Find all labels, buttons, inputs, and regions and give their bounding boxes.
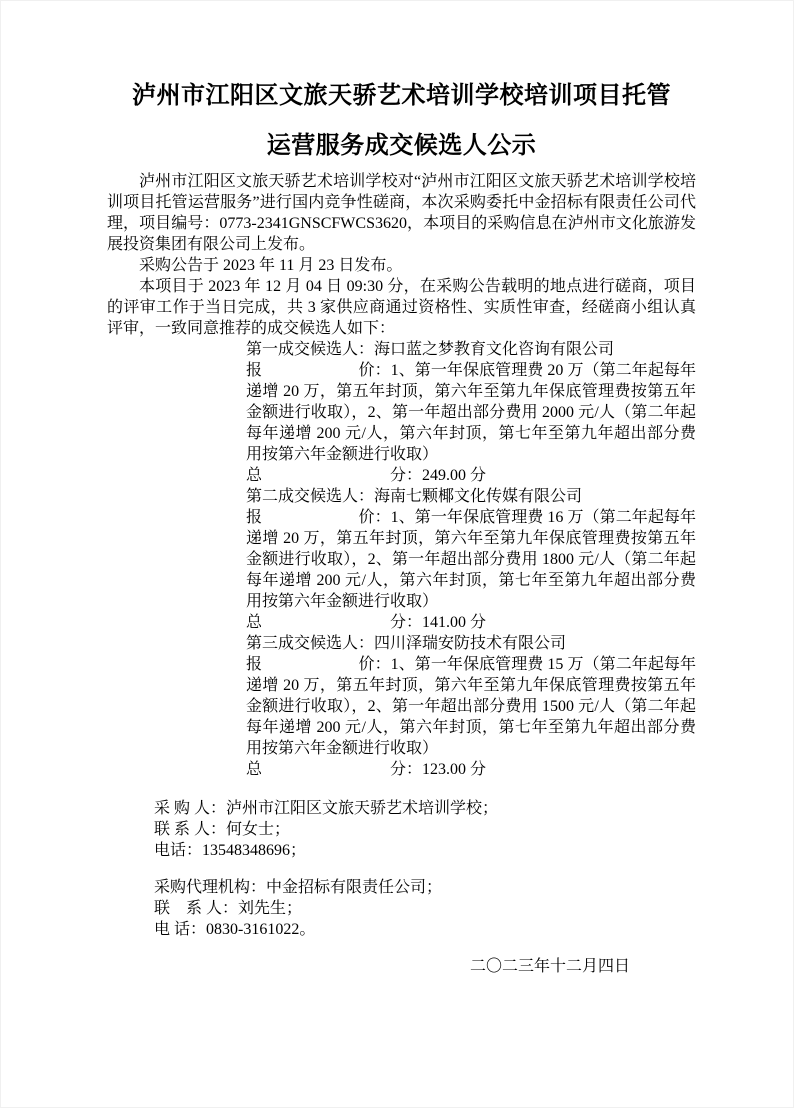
intro-paragraph-2: 采购公告于 2023 年 11 月 23 日发布。	[107, 255, 696, 276]
purchaser-name-line: 采 购 人：泸州市江阳区文旅天骄艺术培训学校；	[154, 798, 696, 819]
document-title: 泸州市江阳区文旅天骄艺术培训学校培训项目托管 运营服务成交候选人公示	[107, 71, 696, 171]
purchaser-block: 采 购 人：泸州市江阳区文旅天骄艺术培训学校； 联 系 人：何女士； 电话：13…	[107, 798, 696, 861]
candidate-3-bid-line: 报 价：1、第一年保底管理费 15 万（第二年起每年递增 20 万，第五年封顶，…	[246, 654, 696, 759]
candidate-2-score-line: 总 分：141.00 分	[246, 612, 696, 633]
candidate-3-score-line: 总 分：123.00 分	[246, 759, 696, 780]
title-line-2: 运营服务成交候选人公示	[107, 121, 696, 171]
intro-paragraph-1: 泸州市江阳区文旅天骄艺术培训学校对“泸州市江阳区文旅天骄艺术培训学校培训项目托管…	[107, 171, 696, 255]
candidates-section: 第一成交候选人：海口蓝之梦教育文化咨询有限公司 报 价：1、第一年保底管理费 2…	[107, 339, 696, 780]
title-line-1: 泸州市江阳区文旅天骄艺术培训学校培训项目托管	[107, 71, 696, 121]
document-page: 泸州市江阳区文旅天骄艺术培训学校培训项目托管 运营服务成交候选人公示 泸州市江阳…	[0, 0, 794, 1108]
purchaser-phone-line: 电话：13548348696；	[154, 840, 696, 861]
intro-paragraph-3: 本项目于 2023 年 12 月 04 日 09:30 分，在采购公告载明的地点…	[107, 276, 696, 339]
candidate-1-name-line: 第一成交候选人：海口蓝之梦教育文化咨询有限公司	[246, 339, 696, 360]
candidate-1-score-line: 总 分：249.00 分	[246, 465, 696, 486]
candidate-2-bid-line: 报 价：1、第一年保底管理费 16 万（第二年起每年递增 20 万，第五年封顶，…	[246, 507, 696, 612]
agency-contact-line: 联 系 人：刘先生；	[154, 898, 696, 919]
purchaser-contact-line: 联 系 人：何女士；	[154, 819, 696, 840]
agency-phone-line: 电 话：0830-3161022。	[154, 919, 696, 940]
document-date: 二〇二三年十二月四日	[107, 956, 696, 977]
candidate-1-bid-line: 报 价：1、第一年保底管理费 20 万（第二年起每年递增 20 万，第五年封顶，…	[246, 360, 696, 465]
agency-name-line: 采购代理机构：中金招标有限责任公司；	[154, 877, 696, 898]
candidate-3-name-line: 第三成交候选人：四川泽瑞安防技术有限公司	[246, 633, 696, 654]
candidate-2-name-line: 第二成交候选人：海南七颗椰文化传媒有限公司	[246, 486, 696, 507]
agency-block: 采购代理机构：中金招标有限责任公司； 联 系 人：刘先生； 电 话：0830-3…	[107, 877, 696, 940]
